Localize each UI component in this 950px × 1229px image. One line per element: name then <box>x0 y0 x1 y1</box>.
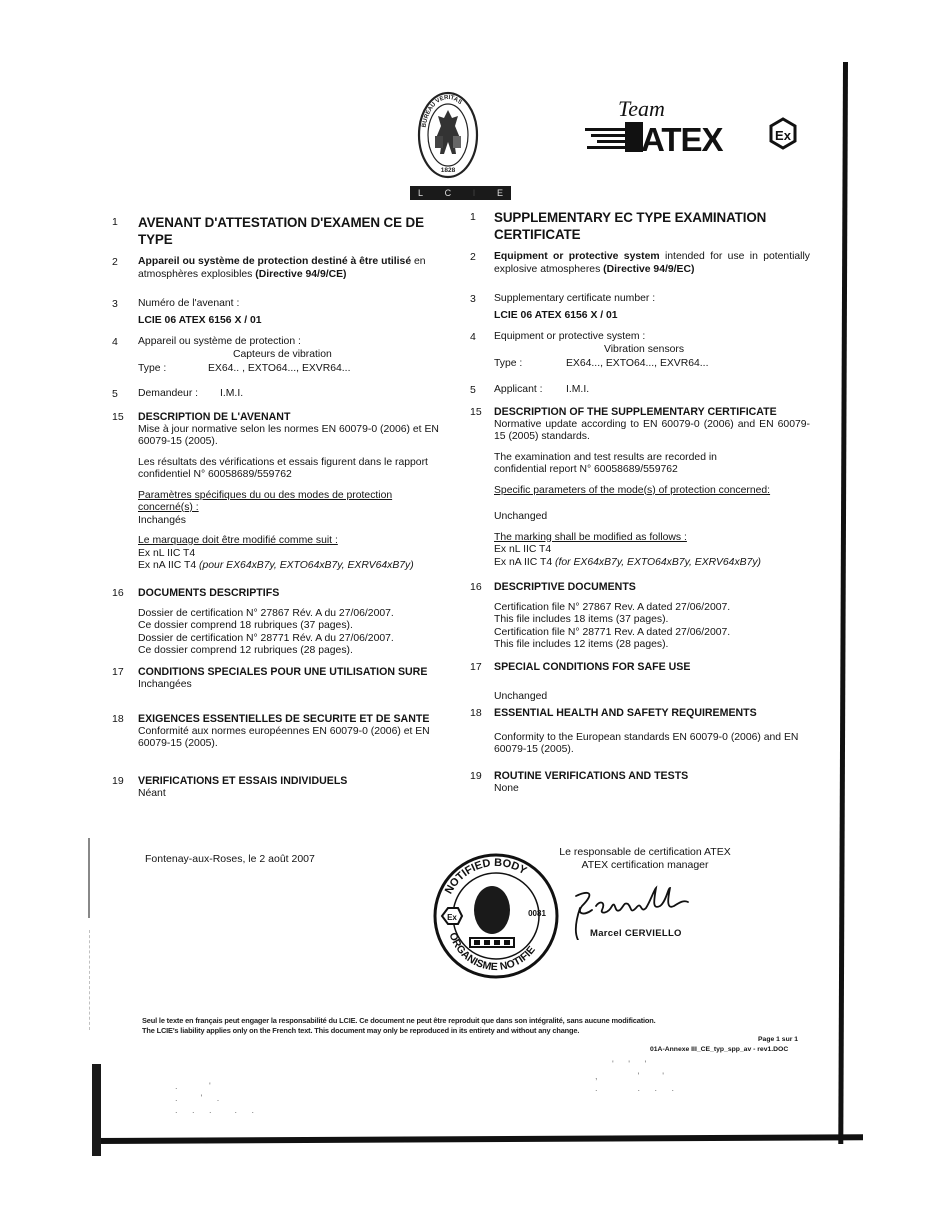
field-label: Supplementary certificate number : <box>494 293 810 306</box>
document-line: Dossier de certification N° 27867 Rév. A… <box>138 608 448 621</box>
signatory-title: Le responsable de certification ATEX ATE… <box>540 846 750 871</box>
section-number: 4 <box>112 336 136 349</box>
marking-line: Ex nA IIC T4 <box>138 560 196 571</box>
document-line: This file includes 12 items (28 pages). <box>494 639 810 652</box>
paragraph: Normative update according to EN 60079-0… <box>494 419 810 444</box>
paragraph: Unchanged <box>494 511 810 524</box>
certificate-number-en: LCIE 06 ATEX 6156 X / 01 <box>494 310 810 323</box>
lcie-letter: L <box>418 188 423 198</box>
section-number: 1 <box>470 211 494 224</box>
section-heading: VERIFICATIONS ET ESSAIS INDIVIDUELS <box>138 775 448 788</box>
section-number: 19 <box>112 775 136 788</box>
type-value-en: EX64..., EXTO64..., EXVR64... <box>566 358 708 371</box>
svg-text:0081: 0081 <box>528 909 546 918</box>
paragraph: Conformity to the European standards EN … <box>494 732 810 757</box>
subheading: Specific parameters of the mode(s) of pr… <box>494 485 810 498</box>
marking-line: Ex nL IIC T4 <box>494 544 810 557</box>
scan-artifact-dots <box>89 930 90 1030</box>
section-number: 1 <box>112 216 136 229</box>
subheading: The marking shall be modified as follows… <box>494 532 810 545</box>
notified-body-stamp: NOTIFIED BODY ORGANISME NOTIFIE Ex 0081 <box>432 852 560 980</box>
marking-line: Ex nA IIC T4 <box>494 557 552 568</box>
paragraph: None <box>494 783 810 796</box>
page-border-right <box>838 62 848 1144</box>
paragraph: Unchanged <box>494 691 810 704</box>
paragraph: Conformité aux normes européennes EN 600… <box>138 726 448 751</box>
section-text: Appareil ou système de protection destin… <box>138 256 411 267</box>
field-label: Numéro de l'avenant : <box>138 298 448 311</box>
paragraph: Mise à jour normative selon les normes E… <box>138 424 448 449</box>
paragraph: Les résultats des vérifications et essai… <box>138 457 448 482</box>
section-text: Equipment or protective system <box>494 251 660 262</box>
type-value-fr: EX64.. , EXTO64..., EXVR64... <box>208 363 350 376</box>
section-number: 19 <box>470 770 494 783</box>
page-border-bottom <box>93 1134 863 1144</box>
lcie-letter: C <box>445 188 452 198</box>
signer-name: Marcel CERVIELLO <box>590 928 682 939</box>
section-heading: DESCRIPTION DE L'AVENANT <box>138 411 448 424</box>
section-number: 3 <box>470 293 494 306</box>
legal-notice-en: The LCIE's liability applies only on the… <box>142 1026 656 1036</box>
document-line: Dossier de certification N° 28771 Rév. A… <box>138 633 448 646</box>
section-number: 18 <box>470 707 494 720</box>
document-line: Ce dossier comprend 12 rubriques (28 pag… <box>138 645 448 658</box>
section-number: 5 <box>112 388 136 401</box>
page-number: Page 1 sur 1 <box>758 1036 798 1043</box>
marking-note: (for EX64xB7y, EXTO64xB7y, EXRV64xB7y) <box>555 557 761 568</box>
section-number: 15 <box>470 406 494 419</box>
product-name-fr: Capteurs de vibration <box>138 349 448 362</box>
section-number: 4 <box>470 331 494 344</box>
document-title-en: SUPPLEMENTARY EC TYPE EXAMINATION CERTIF… <box>494 209 810 243</box>
section-number: 18 <box>112 713 136 726</box>
svg-text:Ex: Ex <box>447 913 457 922</box>
signatory-title-fr: Le responsable de certification ATEX <box>540 846 750 859</box>
section-heading: DESCRIPTION OF THE SUPPLEMENTARY CERTIFI… <box>494 406 810 419</box>
lcie-letter: I <box>473 188 476 198</box>
paragraph: Inchangées <box>138 679 448 692</box>
scan-noise: . '. ' .. . . . . <box>175 1080 260 1116</box>
paragraph: Néant <box>138 788 448 801</box>
product-name-en: Vibration sensors <box>494 344 810 357</box>
section-heading: EXIGENCES ESSENTIELLES DE SECURITE ET DE… <box>138 713 438 726</box>
section-heading: ESSENTIAL HEALTH AND SAFETY REQUIREMENTS <box>494 707 810 720</box>
svg-text:ATEX: ATEX <box>641 121 724 158</box>
marking-line: Ex nL IIC T4 <box>138 548 448 561</box>
section-number: 2 <box>470 251 494 264</box>
paragraph: Inchangés <box>138 515 448 528</box>
type-label: Type : <box>494 358 554 371</box>
applicant-value-en: I.M.I. <box>566 384 589 397</box>
bureau-veritas-logo: 1828 BUREAU VERITAS <box>417 90 479 180</box>
section-number: 15 <box>112 411 136 424</box>
lcie-letter: E <box>497 188 503 198</box>
section-number: 16 <box>470 581 494 594</box>
subheading: Paramètres spécifiques du ou des modes d… <box>138 490 448 515</box>
paragraph: The examination and test results are rec… <box>494 452 754 477</box>
document-line: Certification file N° 28771 Rev. A dated… <box>494 627 810 640</box>
page-border-left <box>92 1064 101 1156</box>
lcie-label-bar: L C I E <box>410 186 511 200</box>
applicant-label: Applicant : <box>494 384 566 397</box>
applicant-value-fr: I.M.I. <box>220 388 243 401</box>
section-number: 2 <box>112 256 136 269</box>
type-label: Type : <box>138 363 198 376</box>
scan-artifact-line <box>88 838 90 918</box>
applicant-label: Demandeur : <box>138 388 220 401</box>
document-line: Ce dossier comprend 18 rubriques (37 pag… <box>138 620 448 633</box>
field-label: Equipment or protective system : <box>494 331 810 344</box>
marking-note: (pour EX64xB7y, EXTO64xB7y, EXRV64xB7y) <box>199 560 414 571</box>
section-heading: DOCUMENTS DESCRIPTIFS <box>138 587 448 600</box>
document-line: This file includes 18 items (37 pages). <box>494 614 810 627</box>
subheading: Le marquage doit être modifié comme suit… <box>138 535 448 548</box>
section-heading: ROUTINE VERIFICATIONS AND TESTS <box>494 770 810 783</box>
section-heading: CONDITIONS SPECIALES POUR UNE UTILISATIO… <box>138 666 438 679</box>
team-atex-logo: Team ATEX Ex <box>585 90 805 160</box>
directive-ref: (Directive 94/9/CE) <box>255 269 346 280</box>
svg-text:1828: 1828 <box>441 167 456 174</box>
legal-notice: Seul le texte en français peut engager l… <box>142 1016 656 1036</box>
section-number: 16 <box>112 587 136 600</box>
place-and-date: Fontenay-aux-Roses, le 2 août 2007 <box>145 853 315 865</box>
field-label: Appareil ou système de protection : <box>138 336 448 349</box>
directive-ref: (Directive 94/9/EC) <box>603 264 694 275</box>
certificate-number-fr: LCIE 06 ATEX 6156 X / 01 <box>138 315 448 328</box>
section-number: 3 <box>112 298 136 311</box>
document-line: Certification file N° 27867 Rev. A dated… <box>494 602 810 615</box>
section-number: 17 <box>470 661 494 674</box>
section-number: 5 <box>470 384 494 397</box>
svg-text:Ex: Ex <box>775 128 792 143</box>
document-title-fr: AVENANT D'ATTESTATION D'EXAMEN CE DE TYP… <box>138 214 448 248</box>
file-name: 01A-Annexe III_CE_typ_spp_av - rev1.DOC <box>650 1046 788 1053</box>
section-number: 17 <box>112 666 136 679</box>
legal-notice-fr: Seul le texte en français peut engager l… <box>142 1016 656 1026</box>
section-heading: SPECIAL CONDITIONS FOR SAFE USE <box>494 661 810 674</box>
signatory-title-en: ATEX certification manager <box>540 859 750 872</box>
scan-noise: ' ' ', ' '. . . . <box>595 1058 680 1094</box>
section-heading: DESCRIPTIVE DOCUMENTS <box>494 581 810 594</box>
svg-text:Team: Team <box>618 96 665 121</box>
